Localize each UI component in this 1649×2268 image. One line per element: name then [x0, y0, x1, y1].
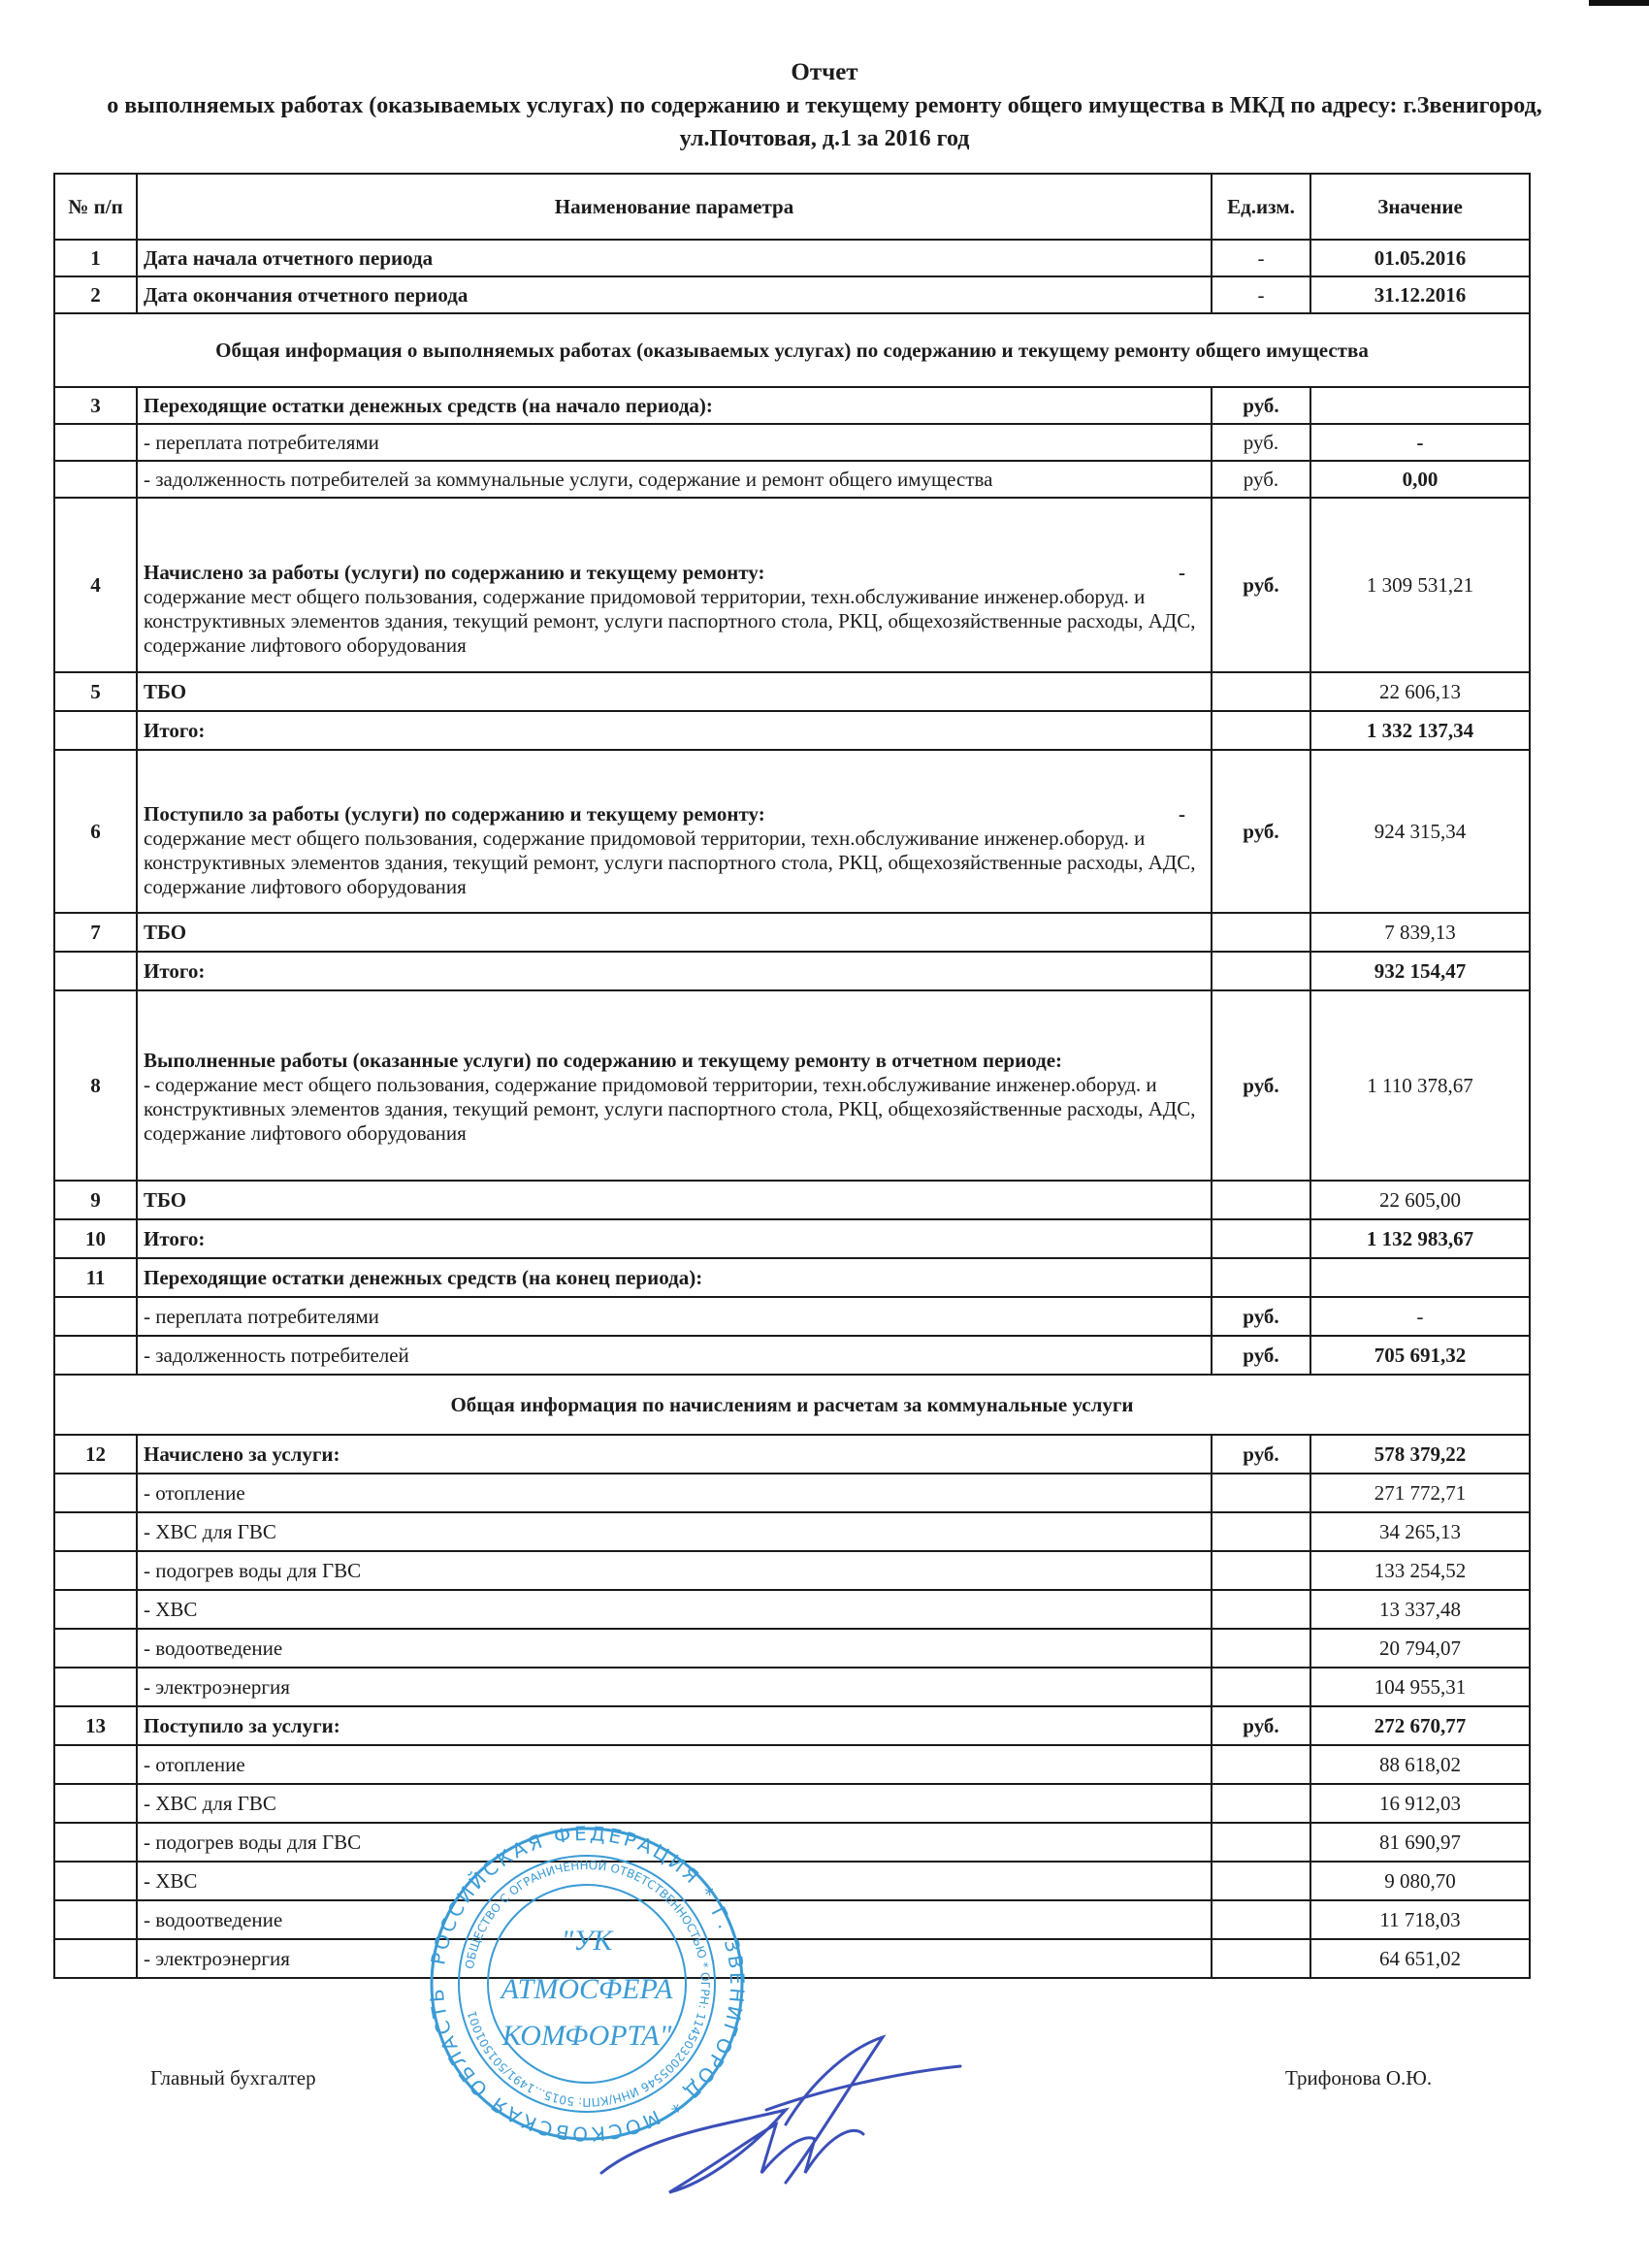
table-row: - водоотведение11 718,03	[54, 1900, 1530, 1939]
svg-text:"УК: "УК	[562, 1925, 615, 1957]
svg-text:АТМОСФЕРА: АТМОСФЕРА	[500, 1973, 674, 2005]
service-amount: 16 912,03	[1310, 1784, 1530, 1823]
service-name: - подогрев воды для ГВС	[137, 1551, 1212, 1590]
scan-edge-mark	[1589, 0, 1649, 6]
total-row: 10 Итого: 1 132 983,67	[54, 1219, 1530, 1258]
service-amount: 9 080,70	[1310, 1862, 1530, 1900]
total-row: Итого: 932 154,47	[54, 952, 1530, 990]
table-row: 13 Поступило за услуги: руб. 272 670,77	[54, 1706, 1530, 1745]
service-name: - ХВС	[137, 1590, 1212, 1629]
signatory-name: Трифонова О.Ю.	[1285, 2066, 1432, 2090]
header-unit: Ед.изм.	[1212, 174, 1310, 240]
header-num: № п/п	[54, 174, 137, 240]
table-header-row: № п/п Наименование параметра Ед.изм. Зна…	[54, 174, 1530, 240]
table-row: 9 ТБО 22 605,00	[54, 1181, 1530, 1219]
table-row: - подогрев воды для ГВС81 690,97	[54, 1823, 1530, 1862]
accrued-utilities-list: - отопление271 772,71- ХВС для ГВС34 265…	[54, 1474, 1530, 1706]
service-name: - водоотведение	[137, 1629, 1212, 1668]
row-heading: Поступило за работы (услуги) по содержан…	[144, 802, 1205, 826]
table-row: - водоотведение20 794,07	[54, 1629, 1530, 1668]
table-row: - ХВС9 080,70	[54, 1862, 1530, 1900]
header-value: Значение	[1310, 174, 1530, 240]
table-row: - ХВС13 337,48	[54, 1590, 1530, 1629]
table-row: 6 Поступило за работы (услуги) по содерж…	[54, 750, 1530, 913]
table-row: 1 Дата начала отчетного периода - 01.05.…	[54, 240, 1530, 276]
service-name: - электроэнергия	[137, 1668, 1212, 1706]
table-row: - электроэнергия64 651,02	[54, 1939, 1530, 1978]
table-row: - отопление88 618,02	[54, 1745, 1530, 1784]
row-description: - содержание мест общего пользования, со…	[144, 1073, 1205, 1146]
table-row: 7 ТБО 7 839,13	[54, 913, 1530, 952]
table-row: - переплата потребителями руб. -	[54, 1297, 1530, 1336]
section-title-utilities: Общая информация по начислениям и расчет…	[54, 1375, 1530, 1435]
service-amount: 104 955,31	[1310, 1668, 1530, 1706]
service-name: - отопление	[137, 1474, 1212, 1512]
service-amount: 11 718,03	[1310, 1900, 1530, 1939]
signatory-position: Главный бухгалтер	[150, 2066, 316, 2090]
service-amount: 64 651,02	[1310, 1939, 1530, 1978]
received-utilities-list: - отопление88 618,02- ХВС для ГВС16 912,…	[54, 1745, 1530, 1978]
document-title: Отчет	[0, 56, 1649, 89]
document-header: Отчет о выполняемых работах (оказываемых…	[0, 56, 1649, 155]
service-amount: 271 772,71	[1310, 1474, 1530, 1512]
header-name: Наименование параметра	[137, 174, 1212, 240]
row-heading: Начислено за работы (услуги) по содержан…	[144, 561, 1205, 585]
table-row: - переплата потребителями руб. -	[54, 424, 1530, 461]
table-row: - ХВС для ГВС34 265,13	[54, 1512, 1530, 1551]
table-row: - подогрев воды для ГВС133 254,52	[54, 1551, 1530, 1590]
section-heading-row: Общая информация о выполняемых работах (…	[54, 313, 1530, 387]
table-row: 11 Переходящие остатки денежных средств …	[54, 1258, 1530, 1297]
service-amount: 13 337,48	[1310, 1590, 1530, 1629]
table-row: - задолженность потребителей за коммунал…	[54, 461, 1530, 498]
table-row: 5 ТБО 22 606,13	[54, 672, 1530, 711]
total-row: Итого: 1 332 137,34	[54, 711, 1530, 750]
service-name: - отопление	[137, 1745, 1212, 1784]
service-amount: 133 254,52	[1310, 1551, 1530, 1590]
handwritten-signature	[563, 2018, 970, 2212]
table-row: - электроэнергия104 955,31	[54, 1668, 1530, 1706]
service-name: - ХВС для ГВС	[137, 1512, 1212, 1551]
section-title-maintenance: Общая информация о выполняемых работах (…	[54, 313, 1530, 387]
service-amount: 34 265,13	[1310, 1512, 1530, 1551]
table-row: 2 Дата окончания отчетного периода - 31.…	[54, 276, 1530, 313]
table-row: 4 Начислено за работы (услуги) по содерж…	[54, 498, 1530, 672]
table-row: - ХВС для ГВС16 912,03	[54, 1784, 1530, 1823]
document-subtitle: о выполняемых работах (оказываемых услуг…	[0, 89, 1649, 155]
service-amount: 81 690,97	[1310, 1823, 1530, 1862]
table-row: 8 Выполненные работы (оказанные услуги) …	[54, 990, 1530, 1181]
section-heading-row: Общая информация по начислениям и расчет…	[54, 1375, 1530, 1435]
report-table: № п/п Наименование параметра Ед.изм. Зна…	[53, 173, 1531, 1979]
row-description: содержание мест общего пользования, соде…	[144, 826, 1205, 899]
service-amount: 88 618,02	[1310, 1745, 1530, 1784]
row-description: содержание мест общего пользования, соде…	[144, 585, 1205, 658]
table-row: - задолженность потребителей руб. 705 69…	[54, 1336, 1530, 1375]
service-name: - ХВС для ГВС	[137, 1784, 1212, 1823]
row-heading: Выполненные работы (оказанные услуги) по…	[144, 1049, 1205, 1073]
table-row: 3 Переходящие остатки денежных средств (…	[54, 387, 1530, 424]
table-row: - отопление271 772,71	[54, 1474, 1530, 1512]
table-row: 12 Начислено за услуги: руб. 578 379,22	[54, 1435, 1530, 1474]
service-amount: 20 794,07	[1310, 1629, 1530, 1668]
